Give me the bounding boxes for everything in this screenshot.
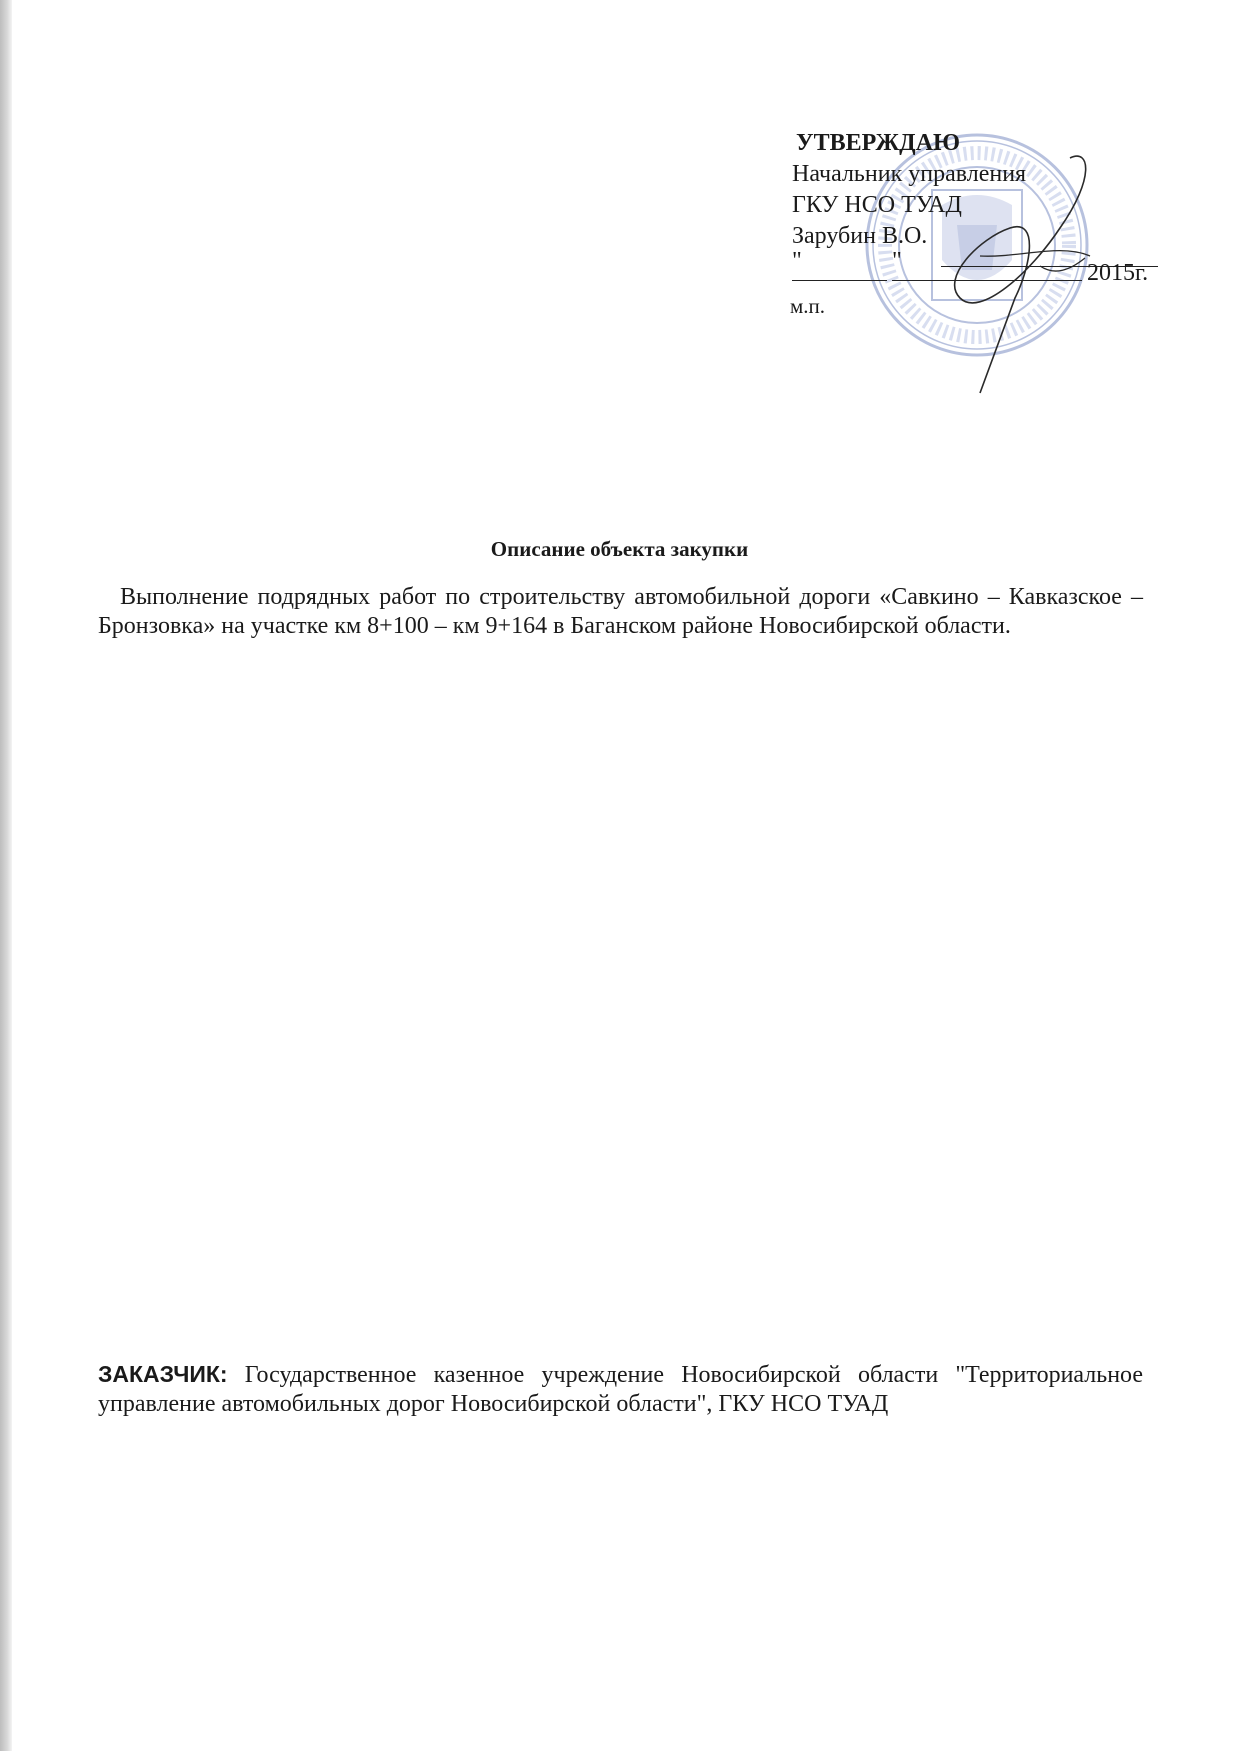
- approval-heading: УТВЕРЖДАЮ: [796, 128, 1186, 159]
- customer-block: ЗАКАЗЧИК: Государственное казенное учреж…: [98, 1360, 1143, 1419]
- month-blank-line: [892, 280, 1082, 281]
- approver-name: Зарубин В.О.: [792, 221, 1186, 252]
- date-quote-open: ": [792, 246, 802, 277]
- approval-block: УТВЕРЖДАЮ Начальник управления ГКУ НСО Т…: [786, 128, 1186, 322]
- scan-edge: [0, 0, 12, 1751]
- date-year: 2015г.: [1087, 258, 1148, 289]
- customer-text: Государственное казенное учреждение Ново…: [98, 1362, 1143, 1417]
- procurement-description: Выполнение подрядных работ по строительс…: [98, 583, 1143, 641]
- document-title: Описание объекта закупки: [0, 537, 1239, 562]
- approver-position: Начальник управления: [792, 159, 1186, 190]
- customer-label: ЗАКАЗЧИК:: [98, 1361, 228, 1387]
- approver-organization: ГКУ НСО ТУАД: [792, 190, 1186, 221]
- stamp-place-label: м.п.: [790, 291, 1186, 322]
- date-quote-close: ": [892, 246, 902, 277]
- day-blank-line: [792, 280, 887, 281]
- description-text: Выполнение подрядных работ по строительс…: [98, 583, 1143, 641]
- approval-date: " " 2015г.: [792, 252, 1186, 283]
